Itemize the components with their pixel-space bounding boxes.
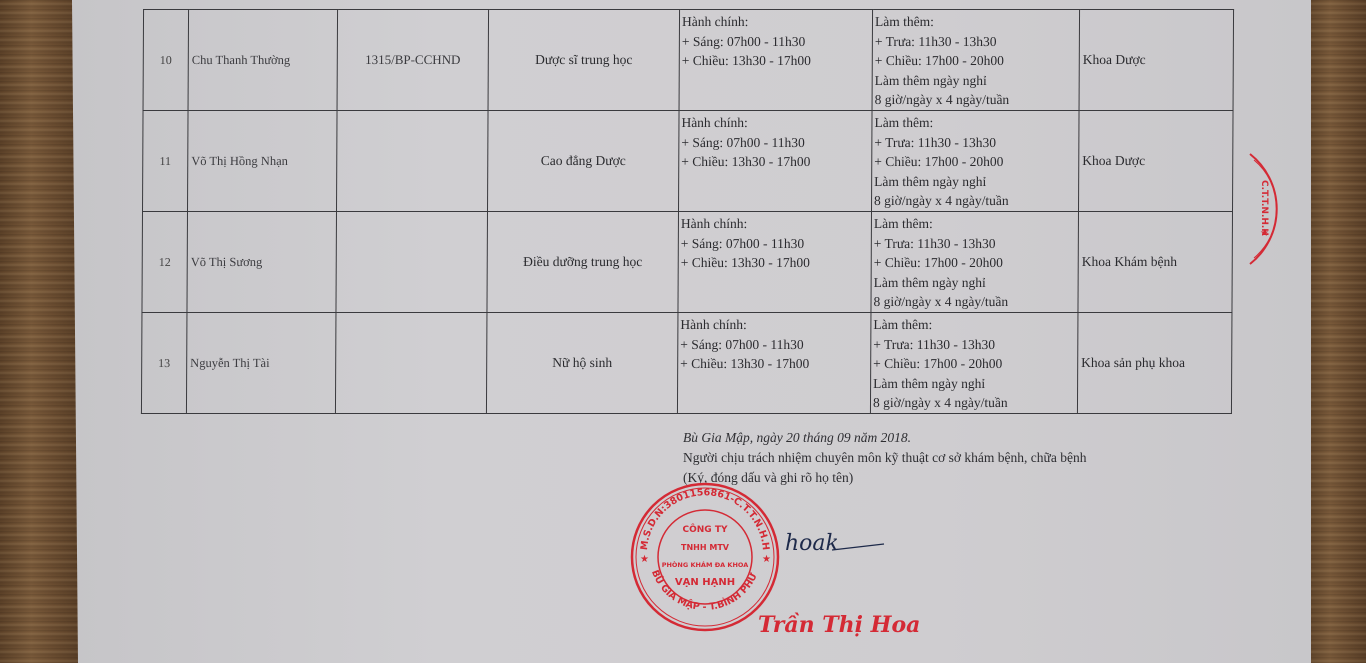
- department: Khoa Dược: [1079, 111, 1234, 212]
- overtime-line: + Chiều: 17h00 - 20h00: [875, 51, 1077, 71]
- office-hours-line: + Sáng: 07h00 - 11h30: [681, 234, 869, 254]
- qualification: Điều dưỡng trung học: [487, 212, 679, 313]
- office-hours-line: Hành chính:: [680, 315, 868, 335]
- overtime-line: 8 giờ/ngày x 4 ngày/tuần: [873, 393, 1075, 413]
- certificate-number: [336, 212, 488, 313]
- table-row: 13 Nguyễn Thị Tài Nữ hộ sinh Hành chính:…: [141, 313, 1232, 414]
- staff-table: 10 Chu Thanh Thường 1315/BP-CCHND Dược s…: [141, 9, 1234, 414]
- certificate-number: [335, 313, 487, 414]
- qualification: Dược sĩ trung học: [488, 10, 680, 111]
- table-row: 11 Võ Thị Hồng Nhạn Cao đẳng Dược Hành c…: [143, 111, 1234, 212]
- svg-text:M.S.D.N:3801156861-C.T.T.N.H.H: M.S.D.N:3801156861-C.T.T.N.H.H: [639, 487, 771, 551]
- wood-background-left: [0, 0, 78, 663]
- overtime-hours: Làm thêm:+ Trưa: 11h30 - 13h30+ Chiều: 1…: [872, 10, 1080, 111]
- overtime-line: + Chiều: 17h00 - 20h00: [874, 253, 1076, 273]
- office-hours-line: Hành chính:: [681, 214, 869, 234]
- svg-text:hoak: hoak: [785, 531, 839, 556]
- office-hours: Hành chính:+ Sáng: 07h00 - 11h30+ Chiều:…: [679, 10, 873, 111]
- office-hours: Hành chính:+ Sáng: 07h00 - 11h30+ Chiều:…: [677, 313, 871, 414]
- overtime-line: Làm thêm:: [875, 12, 1077, 32]
- overtime-line: Làm thêm:: [874, 214, 1076, 234]
- office-hours-line: + Sáng: 07h00 - 11h30: [682, 32, 870, 52]
- office-hours: Hành chính:+ Sáng: 07h00 - 11h30+ Chiều:…: [679, 111, 873, 212]
- department: Khoa Dược: [1079, 10, 1234, 111]
- certificate-number: 1315/BP-CCHND: [337, 10, 489, 111]
- table-row: 10 Chu Thanh Thường 1315/BP-CCHND Dược s…: [143, 10, 1234, 111]
- place-date: Bù Gia Mập, ngày 20 tháng 09 năm 2018.: [683, 428, 1086, 448]
- signer-name: Trần Thị Hoa: [758, 612, 920, 638]
- row-number: 12: [142, 212, 188, 313]
- responsible-title: Người chịu trách nhiệm chuyên môn kỹ thu…: [683, 448, 1086, 468]
- signature-icon: hoak: [760, 510, 890, 560]
- overtime-line: + Trưa: 11h30 - 13h30: [874, 133, 1076, 153]
- office-hours-line: Hành chính:: [681, 113, 869, 133]
- wood-background-right: [1306, 0, 1366, 663]
- row-number: 11: [143, 111, 189, 212]
- office-hours-line: + Chiều: 13h30 - 17h00: [681, 152, 869, 172]
- overtime-line: Làm thêm ngày nghỉ: [874, 273, 1076, 293]
- department: Khoa sản phụ khoa: [1077, 313, 1232, 414]
- overtime-line: Làm thêm ngày nghỉ: [873, 374, 1075, 394]
- partial-stamp-icon: C.T.T.N.H.H ★: [1248, 150, 1288, 270]
- overtime-line: + Chiều: 17h00 - 20h00: [874, 152, 1076, 172]
- overtime-line: 8 giờ/ngày x 4 ngày/tuần: [873, 292, 1075, 312]
- overtime-line: + Trưa: 11h30 - 13h30: [874, 234, 1076, 254]
- company-stamp-icon: M.S.D.N:3801156861-C.T.T.N.H.H H.BÙ GIA …: [628, 480, 782, 634]
- svg-text:★: ★: [1260, 228, 1269, 239]
- overtime-hours: Làm thêm:+ Trưa: 11h30 - 13h30+ Chiều: 1…: [871, 212, 1079, 313]
- overtime-line: Làm thêm:: [873, 315, 1075, 335]
- office-hours-line: + Chiều: 13h30 - 17h00: [680, 354, 868, 374]
- qualification: Cao đẳng Dược: [488, 111, 680, 212]
- row-number: 10: [143, 10, 189, 111]
- staff-table-body: 10 Chu Thanh Thường 1315/BP-CCHND Dược s…: [141, 10, 1233, 414]
- svg-text:CÔNG TY: CÔNG TY: [683, 523, 728, 535]
- department: Khoa Khám bệnh: [1078, 212, 1233, 313]
- qualification: Nữ hộ sinh: [486, 313, 678, 414]
- signature-block: Bù Gia Mập, ngày 20 tháng 09 năm 2018. N…: [683, 428, 1086, 488]
- overtime-line: 8 giờ/ngày x 4 ngày/tuần: [874, 191, 1076, 211]
- svg-text:VẠN HẠNH: VẠN HẠNH: [675, 577, 735, 588]
- overtime-hours: Làm thêm:+ Trưa: 11h30 - 13h30+ Chiều: 1…: [870, 313, 1078, 414]
- staff-name: Võ Thị Sương: [187, 212, 337, 313]
- staff-name: Chu Thanh Thường: [188, 10, 338, 111]
- overtime-line: + Trưa: 11h30 - 13h30: [875, 32, 1077, 52]
- certificate-number: [337, 111, 489, 212]
- office-hours-line: Hành chính:: [682, 12, 870, 32]
- overtime-line: Làm thêm ngày nghỉ: [875, 71, 1077, 91]
- office-hours-line: + Sáng: 07h00 - 11h30: [681, 133, 869, 153]
- office-hours-line: + Chiều: 13h30 - 17h00: [682, 51, 870, 71]
- svg-text:TNHH MTV: TNHH MTV: [681, 543, 730, 552]
- overtime-line: + Trưa: 11h30 - 13h30: [873, 335, 1075, 355]
- staff-name: Nguyễn Thị Tài: [186, 313, 336, 414]
- office-hours-line: + Sáng: 07h00 - 11h30: [680, 335, 868, 355]
- overtime-line: Làm thêm:: [874, 113, 1076, 133]
- overtime-hours: Làm thêm:+ Trưa: 11h30 - 13h30+ Chiều: 1…: [872, 111, 1080, 212]
- overtime-line: Làm thêm ngày nghỉ: [874, 172, 1076, 192]
- svg-text:PHÒNG KHÁM ĐA KHOA: PHÒNG KHÁM ĐA KHOA: [662, 560, 749, 569]
- table-row: 12 Võ Thị Sương Điều dưỡng trung học Hàn…: [142, 212, 1233, 313]
- overtime-line: 8 giờ/ngày x 4 ngày/tuần: [875, 90, 1077, 110]
- office-hours: Hành chính:+ Sáng: 07h00 - 11h30+ Chiều:…: [678, 212, 872, 313]
- overtime-line: + Chiều: 17h00 - 20h00: [873, 354, 1075, 374]
- staff-name: Võ Thị Hồng Nhạn: [188, 111, 338, 212]
- svg-text:★: ★: [640, 554, 649, 565]
- office-hours-line: + Chiều: 13h30 - 17h00: [681, 253, 869, 273]
- row-number: 13: [141, 313, 187, 414]
